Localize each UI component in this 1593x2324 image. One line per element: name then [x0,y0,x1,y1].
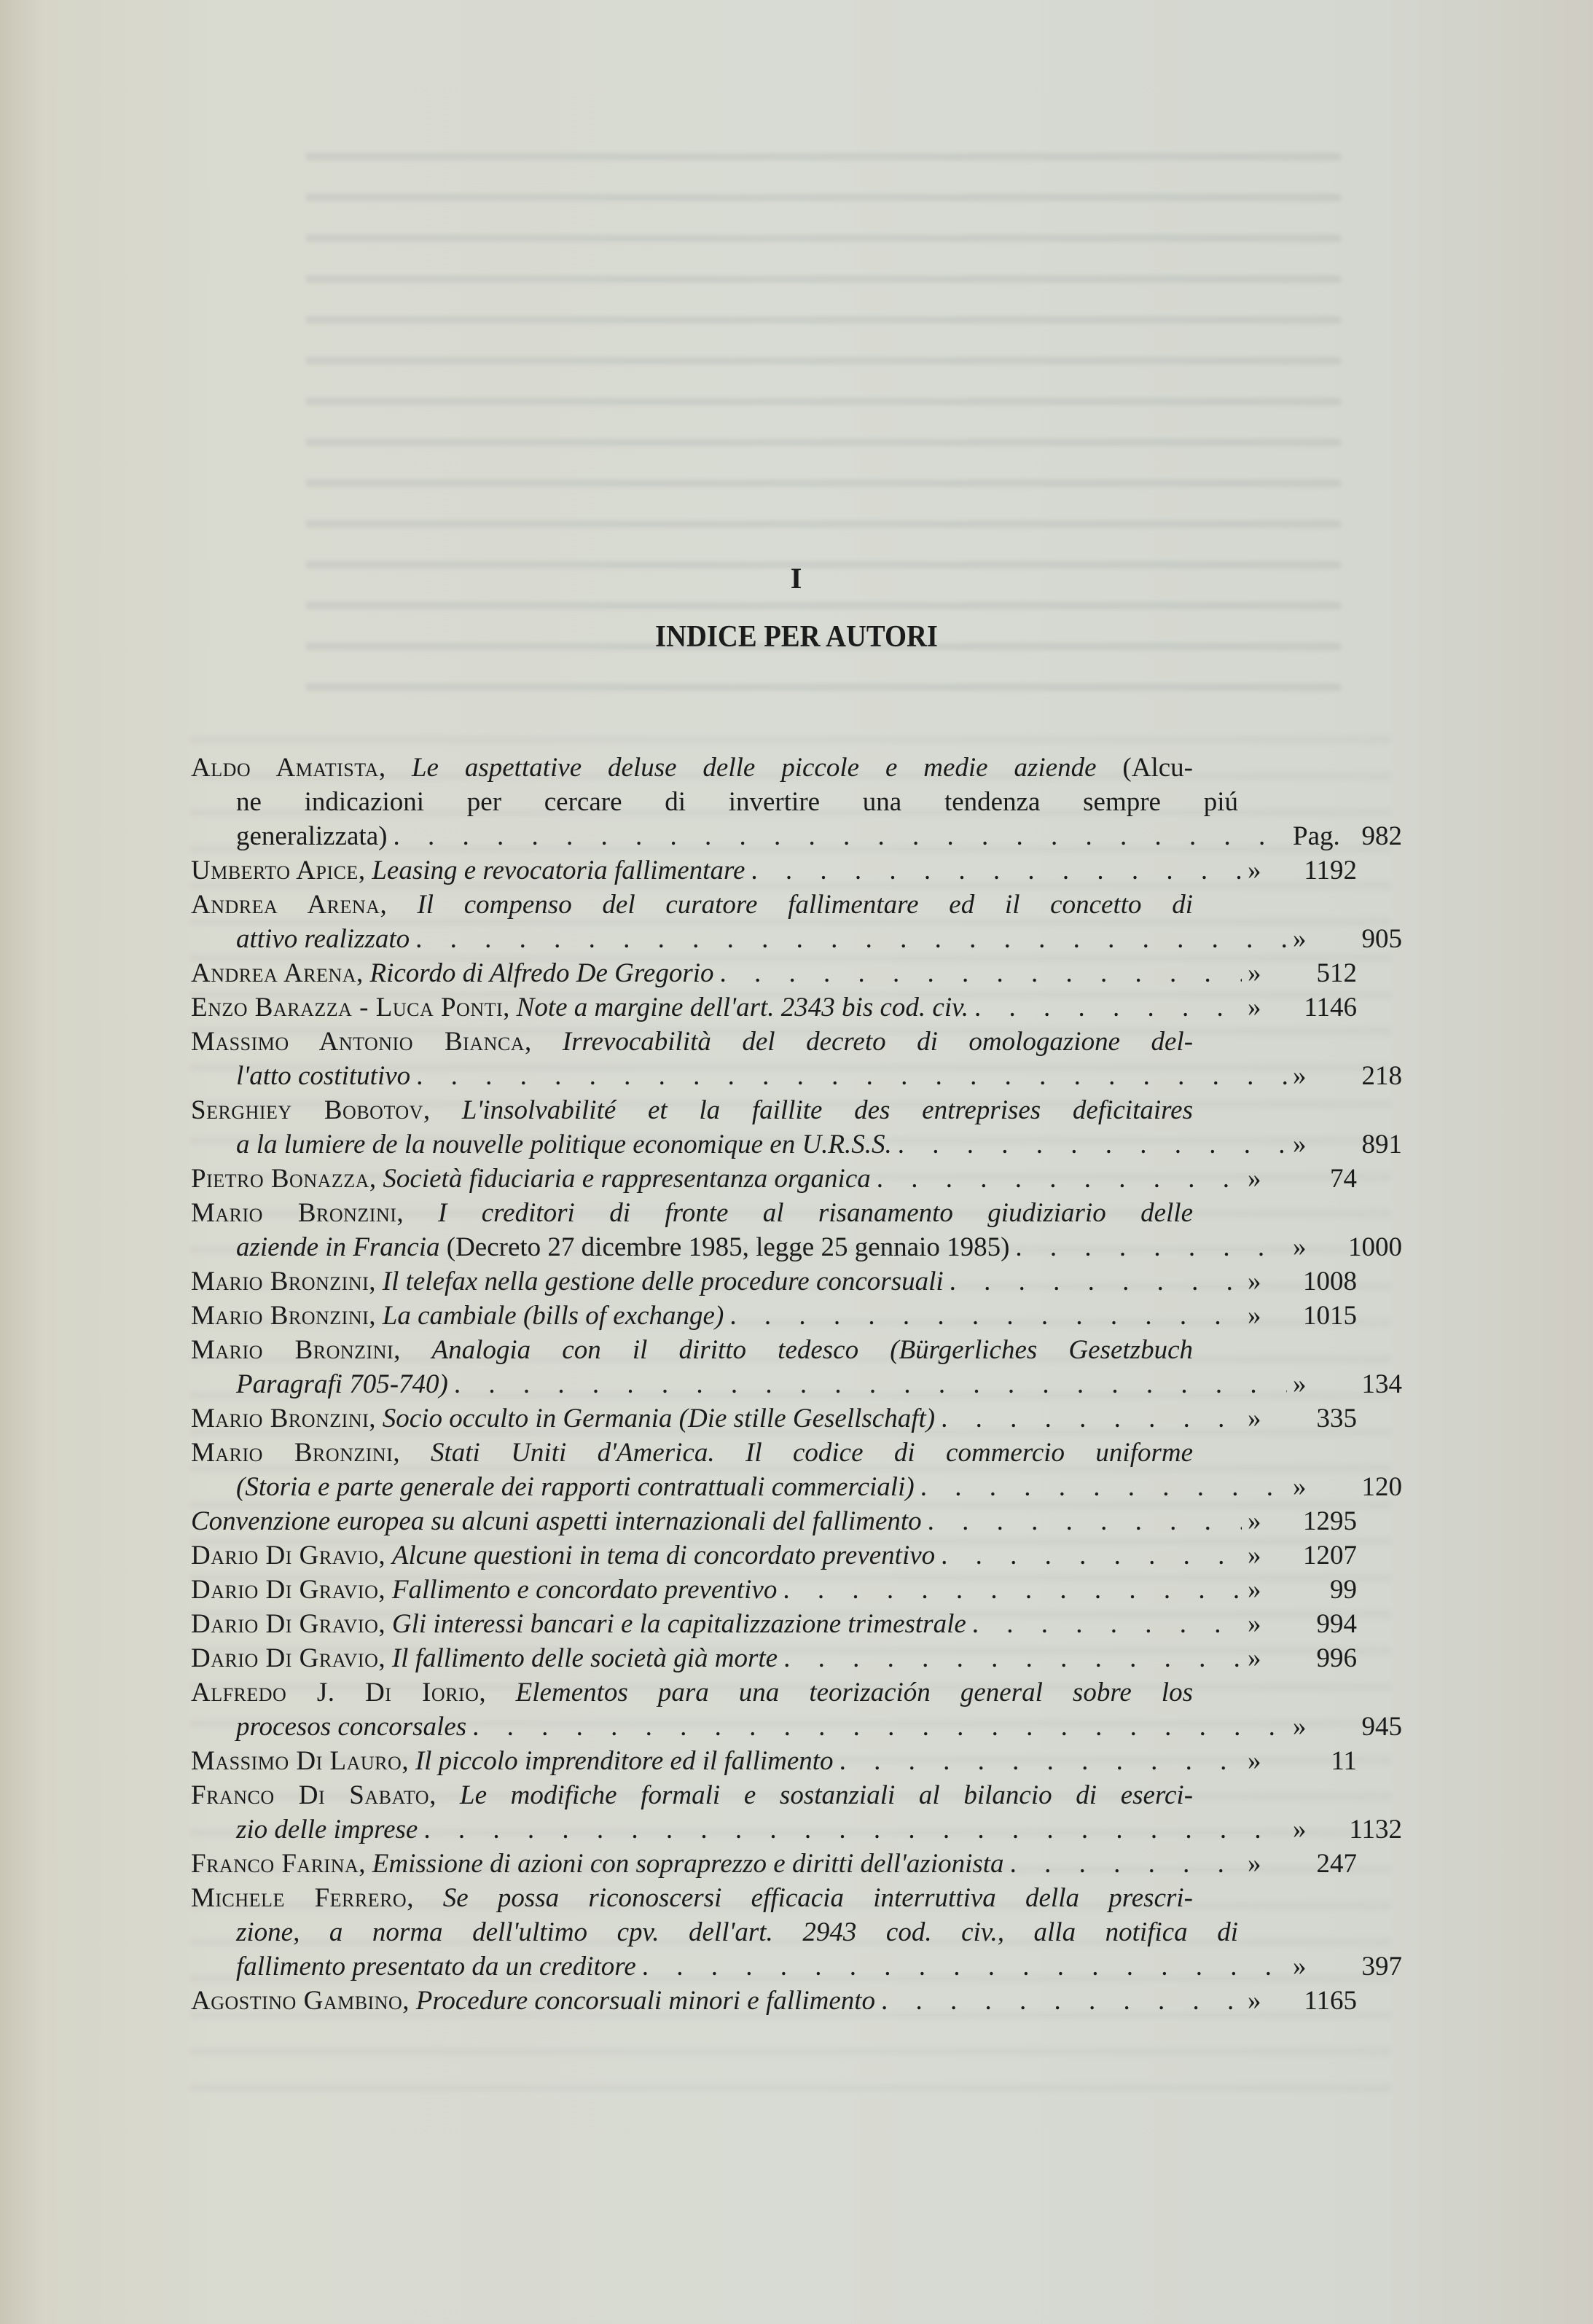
page-marker: Pag. [1293,819,1336,853]
article-title: Irrevocabilità del decreto di omologazio… [563,1027,1193,1057]
separator: , [402,1746,415,1776]
index-entry: Massimo Di Lauro, Il piccolo imprenditor… [191,1744,1357,1778]
separator: , [369,1267,383,1296]
index-entry: Enzo Barazza - Luca Ponti, Note a margin… [191,990,1357,1025]
author-name: Mario Bronzini [191,1267,369,1296]
page-number: 1295 [1291,1504,1357,1538]
page-marker: » [1248,1573,1291,1607]
article-subtitle: generalizzata) [236,821,387,851]
article-title: Fallimento e concordato preventivo [392,1575,777,1605]
page-number: 994 [1291,1607,1357,1641]
page-marker: » [1293,1127,1336,1162]
leader-dots: . . . . . . . . . . . . . . . . . . . . … [393,819,1287,853]
page-marker: » [1293,1812,1336,1847]
separator: , [380,890,417,920]
article-title: Paragrafi 705-740) [236,1369,448,1399]
article-title: aziende in Francia [236,1232,440,1262]
article-title: Il piccolo imprenditore ed il fallimento [415,1746,834,1776]
section-title: INDICE PER AUTORI [63,619,1529,654]
index-entry: Convenzione europea su alcuni aspetti in… [191,1504,1357,1538]
leader-dots: . . . . . . . . . . . . . . . . . . . . … [642,1949,1287,1984]
page-number: 397 [1336,1949,1402,1984]
leader-dots: . . . . . . . . . . . . . . . . . . . . … [415,922,1287,956]
page-number: 982 [1336,819,1402,853]
leader-dots: . . . . . . . . . . . . . . . . . . . . … [941,1401,1242,1436]
leader-dots: . . . . . . . . . . . . . . . . . . . . … [881,1984,1242,2018]
index-entry: Michele Ferrero, Se possa riconoscersi e… [191,1881,1357,1984]
article-title: Alcune questioni in tema di concordato p… [392,1541,935,1570]
separator: , [359,1849,372,1879]
article-title: Le modifiche formali e sostanziali al bi… [460,1780,1193,1810]
page-number: 945 [1336,1710,1402,1744]
page-marker: » [1293,1949,1336,1984]
article-title: Emissione di azioni con sopraprezzo e di… [372,1849,1004,1879]
page-number: 99 [1291,1573,1357,1607]
page-marker: » [1248,1538,1291,1573]
author-name: Mario Bronzini [191,1198,396,1228]
leader-dots: . . . . . . . . . . . . . . . . . . . . … [783,1573,1242,1607]
article-subtitle: (Decreto 27 dicembre 1985, legge 25 genn… [440,1232,1010,1262]
page-number: 1132 [1336,1812,1402,1847]
author-name: Enzo Barazza - Luca Ponti [191,993,503,1022]
author-name: Franco Di Sabato [191,1780,429,1810]
leader-dots: . . . . . . . . . . . . . . . . . . . . … [1010,1847,1242,1881]
index-entry: Franco Farina, Emissione di azioni con s… [191,1847,1357,1881]
leader-dots: . . . . . . . . . . . . . . . . . . . . … [928,1504,1242,1538]
page-marker: » [1293,1059,1336,1093]
author-name: Mario Bronzini [191,1438,393,1468]
author-name: Agostino Gambino [191,1986,402,2016]
index-entry: Aldo Amatista, Le aspettative deluse del… [191,751,1357,853]
leader-dots: . . . . . . . . . . . . . . . . . . . . … [729,1299,1242,1333]
page-marker: » [1293,1710,1336,1744]
index-entry: Dario Di Gravio, Fallimento e concordato… [191,1573,1357,1607]
leader-dots: . . . . . . . . . . . . . . . . . . . . … [1015,1230,1287,1264]
article-title: Analogia con il diritto tedesco (Bürgerl… [432,1335,1194,1365]
article-title: Il compenso del curatore fallimentare ed… [417,890,1193,920]
index-entry: Pietro Bonazza, Società fiduciaria e rap… [191,1162,1357,1196]
page-number: 905 [1336,922,1402,956]
separator: , [378,1541,392,1570]
page-number: 1192 [1291,853,1357,888]
page-number: 11 [1291,1744,1357,1778]
article-title: L'insolvabilité et la faillite des entre… [462,1095,1193,1125]
index-entry: Umberto Apice, Leasing e revocatoria fal… [191,853,1357,888]
author-index-list: Aldo Amatista, Le aspettative deluse del… [191,751,1357,2018]
article-title: Stati Uniti d'America. Il codice di comm… [431,1438,1193,1468]
page-number: 1165 [1291,1984,1357,2018]
page-marker: » [1248,1847,1291,1881]
leader-dots: . . . . . . . . . . . . . . . . . . . . … [783,1641,1242,1675]
page-number: 996 [1291,1641,1357,1675]
article-title: zio delle imprese [236,1815,418,1844]
page-marker: » [1248,956,1291,990]
author-name: Mario Bronzini [191,1301,369,1331]
article-title: Il telefax nella gestione delle procedur… [383,1267,944,1296]
reverse-page-bleed-through [306,131,1341,700]
index-entry: Mario Bronzini, Stati Uniti d'America. I… [191,1436,1357,1504]
leader-dots: . . . . . . . . . . . . . . . . . . . . … [423,1812,1287,1847]
page-marker: » [1248,1504,1291,1538]
separator: , [378,1643,392,1673]
author-name: Dario Di Gravio [191,1575,378,1605]
author-name: Serghiey Bobotov [191,1095,423,1125]
separator: , [429,1780,460,1810]
page-marker: » [1248,1641,1291,1675]
separator: , [525,1027,563,1057]
article-title: Ricordo di Alfredo De Gregorio [369,958,713,988]
page-marker: » [1248,1264,1291,1299]
index-entry: Serghiey Bobotov, L'insolvabilité et la … [191,1093,1357,1162]
article-title: Il fallimento delle società già morte [392,1643,778,1673]
author-name: Andrea Arena [191,890,380,920]
page-number: 1146 [1291,990,1357,1025]
author-name: Massimo Di Lauro [191,1746,402,1776]
article-subtitle: ne indicazioni per cercare di invertire … [236,787,1238,817]
article-title: Gli interessi bancari e la capitalizzazi… [392,1609,966,1639]
author-name: Umberto Apice [191,856,359,885]
index-entry: Mario Bronzini, I creditori di fronte al… [191,1196,1357,1264]
leader-dots: . . . . . . . . . . . . . . . . . . . . … [877,1162,1242,1196]
index-entry: Mario Bronzini, Analogia con il diritto … [191,1333,1357,1401]
page-number: 1008 [1291,1264,1357,1299]
leader-dots: . . . . . . . . . . . . . . . . . . . . … [751,853,1242,888]
article-title: Se possa riconoscersi efficacia interrut… [443,1883,1193,1913]
author-name: Dario Di Gravio [191,1643,378,1673]
index-entry: Alfredo J. Di Iorio, Elementos para una … [191,1675,1357,1744]
page-marker: » [1248,853,1291,888]
page-marker: » [1248,990,1291,1025]
article-title: Elementos para una teorización general s… [516,1678,1193,1707]
article-title: Convenzione europea su alcuni aspetti in… [191,1506,922,1536]
page-number: 134 [1336,1367,1402,1401]
article-title: (Storia e parte generale dei rapporti co… [236,1472,915,1502]
author-name: Pietro Bonazza [191,1164,369,1194]
page-marker: » [1293,1230,1336,1264]
leader-dots: . . . . . . . . . . . . . . . . . . . . … [920,1470,1287,1504]
separator: , [356,958,370,988]
article-title: procesos concorsales [236,1712,466,1742]
index-entry: Massimo Antonio Bianca, Irrevocabilità d… [191,1025,1357,1093]
author-name: Andrea Arena [191,958,356,988]
page-number: 74 [1291,1162,1357,1196]
separator: , [359,856,372,885]
index-entry: Dario Di Gravio, Gli interessi bancari e… [191,1607,1357,1641]
page-marker: » [1293,922,1336,956]
author-name: Dario Di Gravio [191,1541,378,1570]
separator: , [396,1198,438,1228]
article-title: I creditori di fronte al risanamento giu… [438,1198,1193,1228]
article-title: Socio occulto in Germania (Die stille Ge… [383,1404,935,1433]
separator: , [369,1301,383,1331]
leader-dots: . . . . . . . . . . . . . . . . . . . . … [950,1264,1242,1299]
leader-dots: . . . . . . . . . . . . . . . . . . . . … [416,1059,1287,1093]
page-number: 335 [1291,1401,1357,1436]
leader-dots: . . . . . . . . . . . . . . . . . . . . … [974,990,1242,1025]
author-name: Dario Di Gravio [191,1609,378,1639]
index-entry: Franco Di Sabato, Le modifiche formali e… [191,1778,1357,1847]
page-number: 512 [1291,956,1357,990]
page-marker: » [1248,1162,1291,1196]
index-entry: Dario Di Gravio, Alcune questioni in tem… [191,1538,1357,1573]
article-title: zione, a norma dell'ultimo cpv. dell'art… [236,1917,1238,1947]
page-number: 891 [1336,1127,1402,1162]
index-entry: Andrea Arena, Ricordo di Alfredo De Greg… [191,956,1357,990]
page-marker: » [1248,1401,1291,1436]
separator: , [423,1095,462,1125]
chapter-number: I [0,561,1593,595]
author-name: Franco Farina [191,1849,359,1879]
page-number: 1015 [1291,1299,1357,1333]
separator: , [393,1438,431,1468]
article-title: attivo realizzato [236,924,410,954]
author-name: Michele Ferrero [191,1883,407,1913]
leader-dots: . . . . . . . . . . . . . . . . . . . . … [941,1538,1242,1573]
leader-dots: . . . . . . . . . . . . . . . . . . . . … [454,1367,1287,1401]
separator: , [407,1883,443,1913]
author-name: Alfredo J. Di Iorio [191,1678,479,1707]
page-marker: » [1293,1470,1336,1504]
page-marker: » [1248,1299,1291,1333]
page-number: 247 [1291,1847,1357,1881]
leader-dots: . . . . . . . . . . . . . . . . . . . . … [720,956,1242,990]
author-name: Aldo Amatista [191,753,379,783]
page-number: 120 [1336,1470,1402,1504]
page-marker: » [1248,1607,1291,1641]
separator: , [402,1986,416,2016]
page-number: 218 [1336,1059,1402,1093]
article-title: l'atto costitutivo [236,1061,410,1091]
page-marker: » [1293,1367,1336,1401]
index-entry: Mario Bronzini, Il telefax nella gestion… [191,1264,1357,1299]
article-title: La cambiale (bills of exchange) [383,1301,724,1331]
page-number: 1207 [1291,1538,1357,1573]
separator: , [379,753,412,783]
author-name: Mario Bronzini [191,1335,394,1365]
page-number: 1000 [1336,1230,1402,1264]
article-title: Società fiduciaria e rappresentanza orga… [383,1164,870,1194]
article-title: Le aspettative deluse delle piccole e me… [412,753,1097,783]
leader-dots: . . . . . . . . . . . . . . . . . . . . … [839,1744,1242,1778]
article-title: fallimento presentato da un creditore [236,1952,636,1981]
index-entry: Dario Di Gravio, Il fallimento delle soc… [191,1641,1357,1675]
leader-dots: . . . . . . . . . . . . . . . . . . . . … [472,1710,1287,1744]
article-subtitle: (Alcu- [1097,753,1193,783]
separator: , [378,1575,392,1605]
separator: , [503,993,517,1022]
page-marker: » [1248,1984,1291,2018]
index-entry: Agostino Gambino, Procedure concorsuali … [191,1984,1357,2018]
article-title: a la lumiere de la nouvelle politique ec… [236,1130,892,1159]
index-entry: Andrea Arena, Il compenso del curatore f… [191,888,1357,956]
index-entry: Mario Bronzini, Socio occulto in Germani… [191,1401,1357,1436]
separator: , [378,1609,392,1639]
article-title: Procedure concorsuali minori e falliment… [416,1986,875,2016]
article-title: Leasing e revocatoria fallimentare [372,856,745,885]
separator: , [369,1404,383,1433]
leader-dots: . . . . . . . . . . . . . . . . . . . . … [972,1607,1242,1641]
separator: , [479,1678,515,1707]
separator: , [369,1164,383,1194]
index-entry: Mario Bronzini, La cambiale (bills of ex… [191,1299,1357,1333]
leader-dots: . . . . . . . . . . . . . . . . . . . . … [898,1127,1287,1162]
article-title: Note a margine dell'art. 2343 bis cod. c… [517,993,968,1022]
author-name: Mario Bronzini [191,1404,369,1433]
page-marker: » [1248,1744,1291,1778]
separator: , [394,1335,431,1365]
author-name: Massimo Antonio Bianca [191,1027,525,1057]
